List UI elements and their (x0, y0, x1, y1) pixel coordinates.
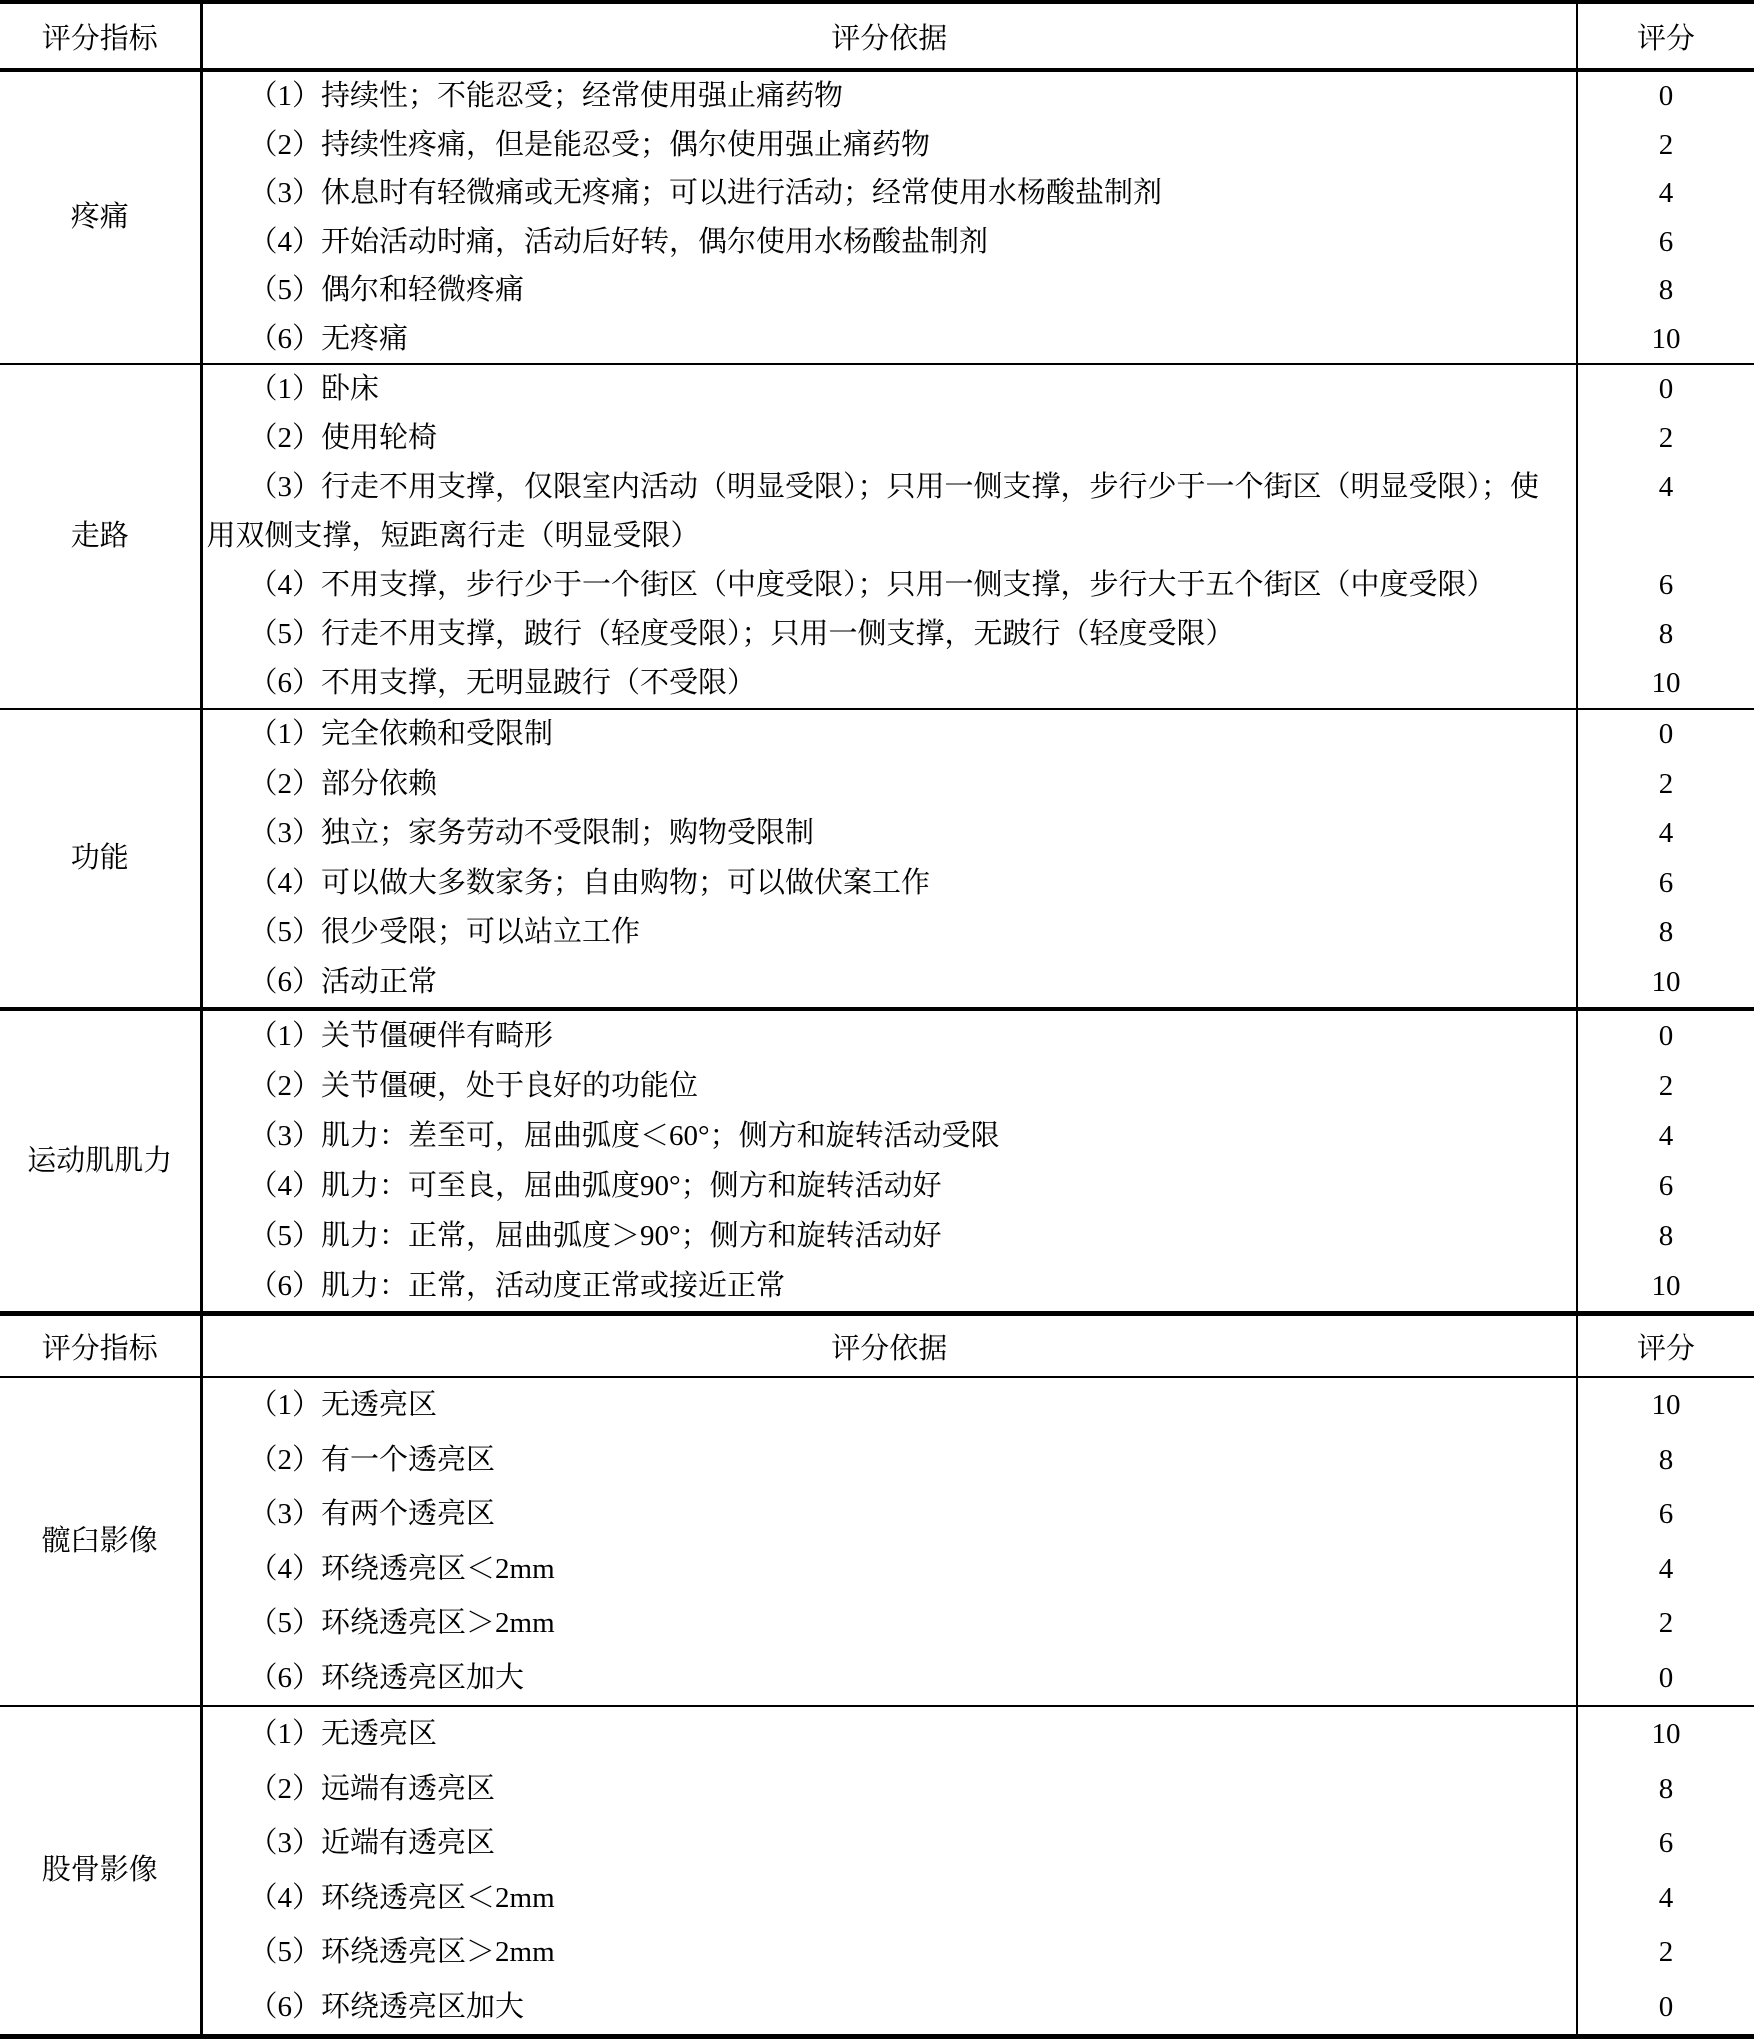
table-row: （5）环绕透亮区＞2mm2 (0, 1925, 1754, 1980)
criteria-cell: （2）部分依赖 (201, 760, 1577, 810)
header-score: 评分 (1577, 1314, 1754, 1378)
criteria-cell: （5）偶尔和轻微疼痛 (201, 266, 1577, 315)
indicator-cell: 功能 (0, 709, 201, 1009)
criteria-cell: （1）持续性；不能忍受；经常使用强止痛药物 (201, 70, 1577, 121)
criteria-cell: （4）可以做大多数家务；自由购物；可以做伏案工作 (201, 859, 1577, 909)
score-cell: 0 (1577, 1651, 1754, 1707)
criteria-cell: （5）很少受限；可以站立工作 (201, 908, 1577, 958)
criteria-cell: （6）环绕透亮区加大 (201, 1651, 1577, 1707)
table-row: 走路（1）卧床0 (0, 364, 1754, 414)
score-cell: 6 (1577, 561, 1754, 610)
table-row: （6）环绕透亮区加大0 (0, 1651, 1754, 1707)
table-row: （5）很少受限；可以站立工作8 (0, 908, 1754, 958)
header-score: 评分 (1577, 2, 1754, 70)
table-row: （4）肌力：可至良，屈曲弧度90°；侧方和旋转活动好6 (0, 1161, 1754, 1211)
criteria-cell: （4）环绕透亮区＜2mm (201, 1542, 1577, 1597)
table-row: （3）行走不用支撑，仅限室内活动（明显受限）；只用一侧支撑，步行少于一个街区（明… (0, 463, 1754, 561)
table-row: （6）不用支撑，无明显跛行（不受限）10 (0, 659, 1754, 709)
criteria-cell: （4）肌力：可至良，屈曲弧度90°；侧方和旋转活动好 (201, 1161, 1577, 1211)
table-0-body: 疼痛（1）持续性；不能忍受；经常使用强止痛药物0（2）持续性疼痛，但是能忍受；偶… (0, 70, 1754, 1311)
criteria-cell: （1）完全依赖和受限制 (201, 709, 1577, 760)
table-row: （4）不用支撑，步行少于一个街区（中度受限）；只用一侧支撑，步行大于五个街区（中… (0, 561, 1754, 610)
score-cell: 0 (1577, 709, 1754, 760)
table-row: （6）无疼痛10 (0, 315, 1754, 365)
table-row: （3）独立；家务劳动不受限制；购物受限制4 (0, 809, 1754, 859)
score-cell: 8 (1577, 908, 1754, 958)
score-cell: 10 (1577, 1261, 1754, 1311)
scoring-table-document: 评分指标 评分依据 评分 疼痛（1）持续性；不能忍受；经常使用强止痛药物0（2）… (0, 0, 1754, 2043)
score-cell: 0 (1577, 70, 1754, 121)
table-row: （2）远端有透亮区8 (0, 1762, 1754, 1817)
score-cell: 6 (1577, 1161, 1754, 1211)
score-cell: 0 (1577, 1009, 1754, 1061)
score-cell: 6 (1577, 1816, 1754, 1871)
table-row: 疼痛（1）持续性；不能忍受；经常使用强止痛药物0 (0, 70, 1754, 121)
table-row: （2）部分依赖2 (0, 760, 1754, 810)
criteria-cell: （1）关节僵硬伴有畸形 (201, 1009, 1577, 1061)
table-1-body: 髋臼影像（1）无透亮区10（2）有一个透亮区8（3）有两个透亮区6（4）环绕透亮… (0, 1377, 1754, 2037)
criteria-cell: （5）环绕透亮区＞2mm (201, 1925, 1577, 1980)
score-cell: 4 (1577, 463, 1754, 561)
criteria-cell: （1）无透亮区 (201, 1706, 1577, 1762)
score-cell: 10 (1577, 958, 1754, 1010)
score-cell: 10 (1577, 1377, 1754, 1433)
score-cell: 8 (1577, 1433, 1754, 1488)
score-cell: 0 (1577, 1980, 1754, 2037)
indicator-cell: 走路 (0, 364, 201, 709)
score-cell: 8 (1577, 1762, 1754, 1817)
table-row: （2）有一个透亮区8 (0, 1433, 1754, 1488)
table-row: （6）活动正常10 (0, 958, 1754, 1010)
score-cell: 6 (1577, 1487, 1754, 1542)
table-row: （5）行走不用支撑，跛行（轻度受限）；只用一侧支撑，无跛行（轻度受限）8 (0, 610, 1754, 659)
header-indicator: 评分指标 (0, 2, 201, 70)
score-cell: 2 (1577, 121, 1754, 170)
criteria-cell: （6）肌力：正常，活动度正常或接近正常 (201, 1261, 1577, 1311)
criteria-cell: （3）有两个透亮区 (201, 1487, 1577, 1542)
score-cell: 6 (1577, 859, 1754, 909)
table-row: （4）可以做大多数家务；自由购物；可以做伏案工作6 (0, 859, 1754, 909)
criteria-cell: （5）行走不用支撑，跛行（轻度受限）；只用一侧支撑，无跛行（轻度受限） (201, 610, 1577, 659)
indicator-cell: 运动肌肌力 (0, 1009, 201, 1311)
table-row: （5）环绕透亮区＞2mm2 (0, 1596, 1754, 1651)
criteria-cell: （4）环绕透亮区＜2mm (201, 1871, 1577, 1926)
table-row: （2）使用轮椅2 (0, 414, 1754, 463)
criteria-cell: （2）远端有透亮区 (201, 1762, 1577, 1817)
table-row: （6）肌力：正常，活动度正常或接近正常10 (0, 1261, 1754, 1311)
score-cell: 2 (1577, 760, 1754, 810)
table-header-row: 评分指标 评分依据 评分 (0, 1314, 1754, 1378)
table-row: 髋臼影像（1）无透亮区10 (0, 1377, 1754, 1433)
score-cell: 4 (1577, 1871, 1754, 1926)
score-cell: 4 (1577, 809, 1754, 859)
header-indicator: 评分指标 (0, 1314, 201, 1378)
indicator-cell: 髋臼影像 (0, 1377, 201, 1706)
table-row: （3）肌力：差至可，屈曲弧度＜60°；侧方和旋转活动受限4 (0, 1111, 1754, 1161)
score-cell: 8 (1577, 1211, 1754, 1261)
criteria-cell: （3）行走不用支撑，仅限室内活动（明显受限）；只用一侧支撑，步行少于一个街区（明… (201, 463, 1577, 561)
criteria-cell: （2）持续性疼痛，但是能忍受；偶尔使用强止痛药物 (201, 121, 1577, 170)
table-row: 运动肌肌力（1）关节僵硬伴有畸形0 (0, 1009, 1754, 1061)
score-cell: 10 (1577, 1706, 1754, 1762)
table-row: （3）有两个透亮区6 (0, 1487, 1754, 1542)
criteria-cell: （3）肌力：差至可，屈曲弧度＜60°；侧方和旋转活动受限 (201, 1111, 1577, 1161)
score-cell: 8 (1577, 266, 1754, 315)
criteria-cell: （3）休息时有轻微痛或无疼痛；可以进行活动；经常使用水杨酸盐制剂 (201, 169, 1577, 218)
criteria-cell: （2）有一个透亮区 (201, 1433, 1577, 1488)
score-cell: 4 (1577, 1111, 1754, 1161)
score-cell: 2 (1577, 1925, 1754, 1980)
score-cell: 2 (1577, 1596, 1754, 1651)
score-cell: 10 (1577, 315, 1754, 365)
criteria-cell: （1）无透亮区 (201, 1377, 1577, 1433)
score-cell: 10 (1577, 659, 1754, 709)
score-cell: 4 (1577, 169, 1754, 218)
table-row: （4）环绕透亮区＜2mm4 (0, 1871, 1754, 1926)
header-basis: 评分依据 (201, 2, 1577, 70)
table-row: 功能（1）完全依赖和受限制0 (0, 709, 1754, 760)
criteria-cell: （6）无疼痛 (201, 315, 1577, 365)
score-cell: 4 (1577, 1542, 1754, 1597)
criteria-cell: （5）环绕透亮区＞2mm (201, 1596, 1577, 1651)
table-row: （4）开始活动时痛，活动后好转，偶尔使用水杨酸盐制剂6 (0, 218, 1754, 267)
table-row: （3）休息时有轻微痛或无疼痛；可以进行活动；经常使用水杨酸盐制剂4 (0, 169, 1754, 218)
header-basis: 评分依据 (201, 1314, 1577, 1378)
indicator-cell: 疼痛 (0, 70, 201, 364)
table-header-row: 评分指标 评分依据 评分 (0, 2, 1754, 70)
criteria-cell: （4）不用支撑，步行少于一个街区（中度受限）；只用一侧支撑，步行大于五个街区（中… (201, 561, 1577, 610)
criteria-cell: （2）关节僵硬，处于良好的功能位 (201, 1061, 1577, 1111)
radiographic-score-table: 评分指标 评分依据 评分 髋臼影像（1）无透亮区10（2）有一个透亮区8（3）有… (0, 1311, 1754, 2039)
table-row: （2）持续性疼痛，但是能忍受；偶尔使用强止痛药物2 (0, 121, 1754, 170)
table-row: （3）近端有透亮区6 (0, 1816, 1754, 1871)
score-cell: 0 (1577, 364, 1754, 414)
score-cell: 8 (1577, 610, 1754, 659)
criteria-cell: （6）环绕透亮区加大 (201, 1980, 1577, 2037)
table-row: （5）偶尔和轻微疼痛8 (0, 266, 1754, 315)
clinical-score-table: 评分指标 评分依据 评分 疼痛（1）持续性；不能忍受；经常使用强止痛药物0（2）… (0, 0, 1754, 1311)
score-cell: 6 (1577, 218, 1754, 267)
criteria-cell: （3）独立；家务劳动不受限制；购物受限制 (201, 809, 1577, 859)
table-row: （5）肌力：正常，屈曲弧度＞90°；侧方和旋转活动好8 (0, 1211, 1754, 1261)
criteria-cell: （6）活动正常 (201, 958, 1577, 1010)
criteria-cell: （4）开始活动时痛，活动后好转，偶尔使用水杨酸盐制剂 (201, 218, 1577, 267)
criteria-cell: （2）使用轮椅 (201, 414, 1577, 463)
criteria-cell: （5）肌力：正常，屈曲弧度＞90°；侧方和旋转活动好 (201, 1211, 1577, 1261)
table-row: （2）关节僵硬，处于良好的功能位2 (0, 1061, 1754, 1111)
criteria-cell: （3）近端有透亮区 (201, 1816, 1577, 1871)
table-row: （6）环绕透亮区加大0 (0, 1980, 1754, 2037)
criteria-cell: （1）卧床 (201, 364, 1577, 414)
criteria-cell: （6）不用支撑，无明显跛行（不受限） (201, 659, 1577, 709)
table-row: 股骨影像（1）无透亮区10 (0, 1706, 1754, 1762)
table-row: （4）环绕透亮区＜2mm4 (0, 1542, 1754, 1597)
score-cell: 2 (1577, 414, 1754, 463)
indicator-cell: 股骨影像 (0, 1706, 201, 2037)
score-cell: 2 (1577, 1061, 1754, 1111)
